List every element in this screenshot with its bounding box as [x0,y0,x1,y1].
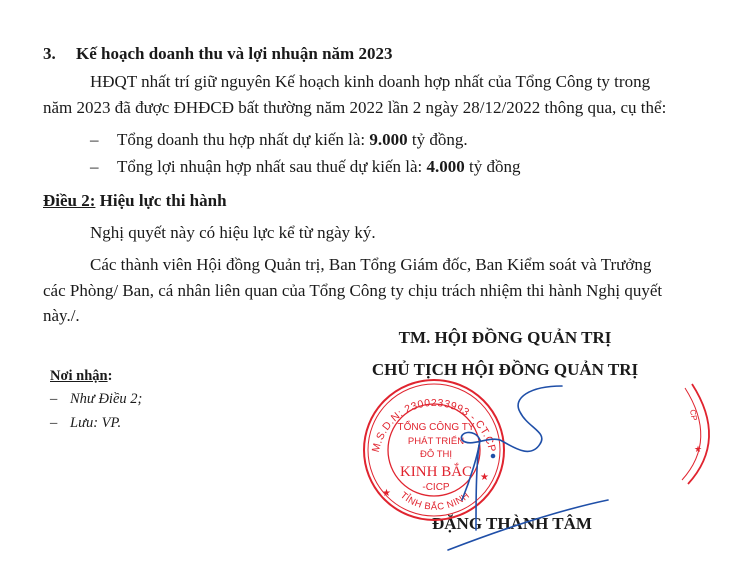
svg-text:TỔNG CÔNG TY: TỔNG CÔNG TY [397,420,474,433]
svg-text:-CICP: -CICP [422,482,450,493]
article-2-para2-line1: Các thành viên Hội đồng Quản trị, Ban Tổ… [90,255,651,275]
bullet-dash: – [90,130,117,150]
stamp-outer-text: M.S.D.N: 2300233993 - CT.CP [370,397,498,454]
svg-text:TỈNH BẮC NINH: TỈNH BẮC NINH [398,490,472,513]
svg-text:★: ★ [382,488,391,499]
signature-title-line1: TM. HỘI ĐỒNG QUẢN TRỊ [360,328,650,348]
profit-value: 4.000 [427,157,465,176]
article-2-para2-line2: các Phòng/ Ban, cá nhân liên quan của Tổ… [43,281,662,301]
signature-title-line2: CHỦ TỊCH HỘI ĐỒNG QUẢN TRỊ [360,360,650,380]
recipient-item: –Như Điều 2; [50,391,142,408]
recipient-item: –Lưu: VP. [50,415,121,432]
svg-text:CP: CP [688,409,699,422]
article-2-para2-line3: này./. [43,306,80,326]
revenue-value: 9.000 [369,130,407,149]
svg-text:PHÁT TRIỂN: PHÁT TRIỂN [408,435,464,447]
recipients-heading: Nơi nhận: [50,368,112,385]
section-3-para-line1: HĐQT nhất trí giữ nguyên Kế hoạch kinh d… [90,72,650,92]
stamp-text: M.S.D.N: 2300233993 - CT.CP TỈNH BẮC NIN… [370,397,498,513]
section-number: 3. [43,44,76,64]
section-3-para-line2: năm 2023 đã được ĐHĐCĐ bất thường năm 20… [43,98,666,118]
svg-text:★: ★ [480,472,489,483]
profit-bullet: –Tổng lợi nhuận hợp nhất sau thuế dự kiế… [90,157,521,177]
revenue-bullet: –Tổng doanh thu hợp nhất dự kiến là: 9.0… [90,130,468,150]
signer-name: ĐẶNG THÀNH TÂM [432,514,592,534]
svg-text:★: ★ [694,444,702,454]
article-label: Điều 2: [43,191,95,210]
bullet-dash: – [90,157,117,177]
svg-text:M.S.D.N: 2300233993 - CT.CP: M.S.D.N: 2300233993 - CT.CP [370,397,498,454]
svg-text:ĐÔ THỊ: ĐÔ THỊ [420,449,452,460]
article-title: Hiệu lực thi hành [95,191,226,210]
partial-stamp [682,384,709,484]
section-3-heading: 3.Kế hoạch doanh thu và lợi nhuận năm 20… [43,44,392,64]
article-2-para1: Nghị quyết này có hiệu lực kể từ ngày ký… [90,223,376,243]
article-2-heading: Điều 2: Hiệu lực thi hành [43,191,227,211]
company-stamp [364,380,504,520]
svg-text:KINH BẮC: KINH BẮC [400,463,472,480]
section-title: Kế hoạch doanh thu và lợi nhuận năm 2023 [76,44,392,63]
